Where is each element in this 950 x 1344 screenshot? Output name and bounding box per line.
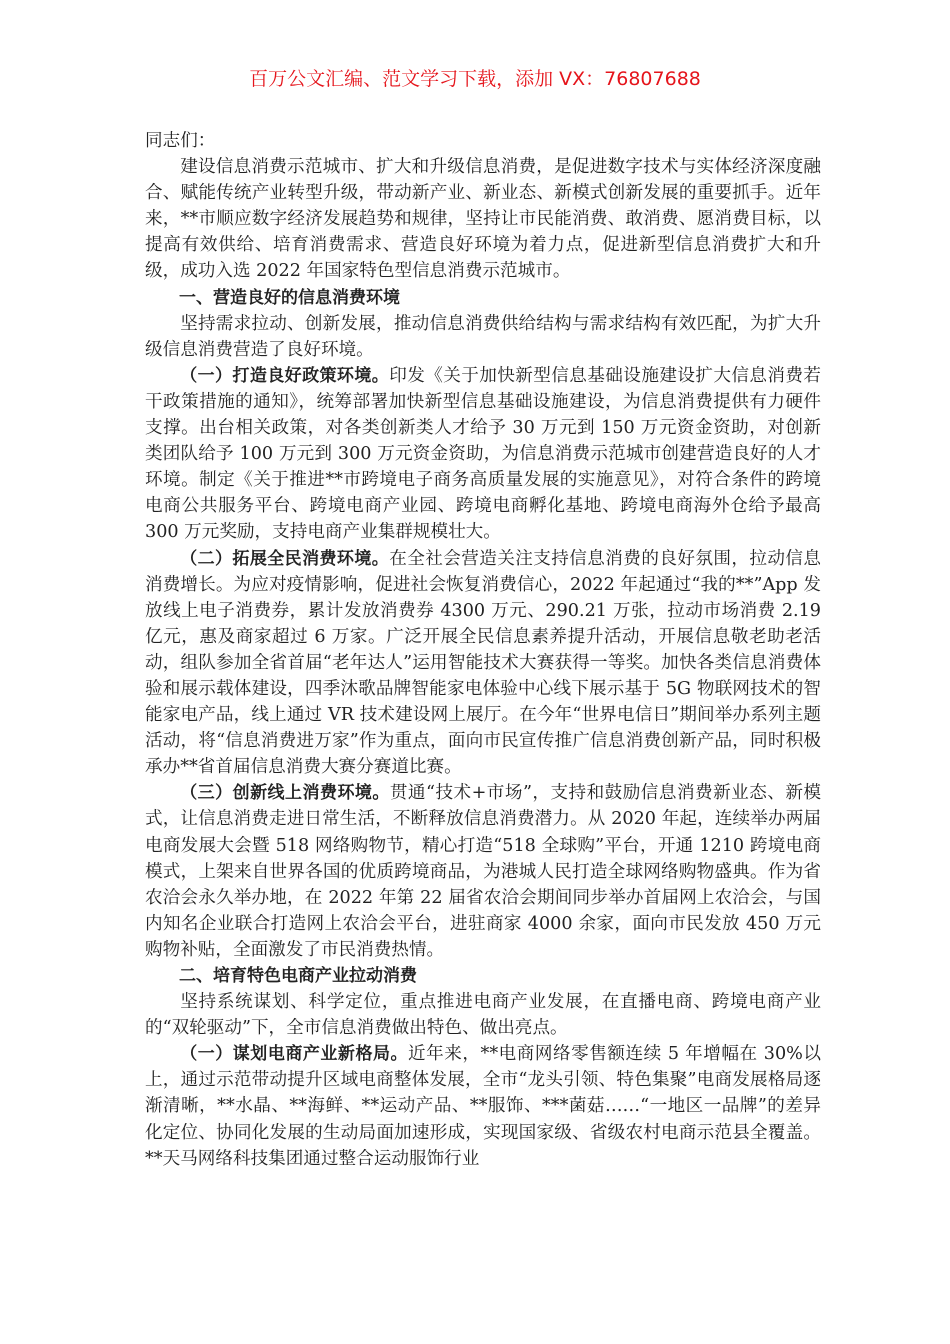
subsection-title: （一）打造良好政策环境。 [180,366,389,386]
section-heading-2: 二、培育特色电商产业拉动消费 [145,963,821,989]
subsection-1-1: （一）打造良好政策环境。印发《关于加快新型信息基础设施建设扩大信息消费若干政策措… [145,363,821,546]
subsection-body: 贯通“技术+市场”，支持和鼓励信息消费新业态、新模式，让信息消费走进日常生活，不… [145,783,821,960]
section-heading-1: 一、营造良好的信息消费环境 [145,285,821,311]
download-banner: 百万公文汇编、范文学习下载，添加 VX：76807688 [0,64,950,91]
subsection-title: （一）谋划电商产业新格局。 [180,1044,408,1064]
document-body: 同志们： 建设信息消费示范城市、扩大和升级信息消费，是促进数字技术与实体经济深度… [145,128,821,1172]
subsection-1-3: （三）创新线上消费环境。贯通“技术+市场”，支持和鼓励信息消费新业态、新模式，让… [145,780,821,963]
subsection-body: 在全社会营造关注支持信息消费的良好氛围，拉动信息消费增长。为应对疫情影响，促进社… [145,549,821,778]
subsection-2-1: （一）谋划电商产业新格局。近年来，**电商网络零售额连续 5 年增幅在 30%以… [145,1041,821,1171]
subsection-1-2: （二）拓展全民消费环境。在全社会营造关注支持信息消费的良好氛围，拉动信息消费增长… [145,546,821,781]
subsection-title: （三）创新线上消费环境。 [180,783,390,803]
subsection-body: 印发《关于加快新型信息基础设施建设扩大信息消费若干政策措施的通知》，统筹部署加快… [145,366,821,543]
section-lead-2: 坚持系统谋划、科学定位，重点推进电商产业发展，在直播电商、跨境电商产业的“双轮驱… [145,989,821,1041]
subsection-title: （二）拓展全民消费环境。 [180,549,389,569]
section-lead-1: 坚持需求拉动、创新发展，推动信息消费供给结构与需求结构有效匹配，为扩大升级信息消… [145,311,821,363]
salutation: 同志们： [145,128,821,154]
intro-paragraph: 建设信息消费示范城市、扩大和升级信息消费，是促进数字技术与实体经济深度融合、赋能… [145,154,821,284]
